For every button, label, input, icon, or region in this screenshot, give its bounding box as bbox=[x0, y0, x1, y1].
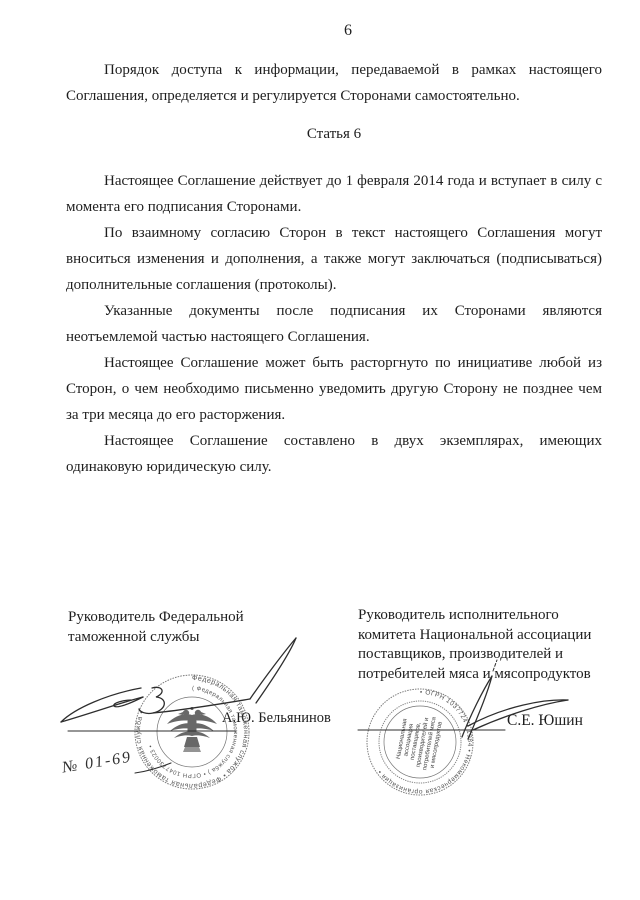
intro-paragraph: Порядок доступа к информации, передаваем… bbox=[66, 57, 602, 109]
paragraph: Указанные документы после подписания их … bbox=[66, 298, 602, 350]
paragraph: Настоящее Соглашение действует до 1 февр… bbox=[66, 168, 602, 220]
text-line: Сторон, о чем необходимо письменно уведо… bbox=[66, 376, 602, 402]
text-line: неотъемлемой частью настоящего Соглашени… bbox=[66, 324, 602, 350]
paragraph: Настоящее Соглашение составлено в двух э… bbox=[66, 428, 602, 480]
text-line: момента его подписания Сторонами. bbox=[66, 194, 602, 220]
text-line: дополнительные соглашения (протоколы). bbox=[66, 272, 602, 298]
signature-ink-strokes bbox=[0, 600, 640, 900]
text-line: за три месяца до его расторжения. bbox=[66, 402, 602, 428]
page-number: 6 bbox=[0, 22, 640, 40]
text-line: Настоящее Соглашение может быть расторгн… bbox=[66, 350, 602, 376]
text-line: По взаимному согласию Сторон в текст нас… bbox=[66, 220, 602, 246]
paragraph: Настоящее Соглашение может быть расторгн… bbox=[66, 350, 602, 428]
text-line: Указанные документы после подписания их … bbox=[66, 298, 602, 324]
article-heading: Статья 6 bbox=[66, 126, 602, 143]
right-signature bbox=[462, 660, 568, 739]
scanned-agreement-page: { "page": { "number": "6" }, "document":… bbox=[0, 0, 640, 900]
text-line: вноситься изменения и дополнения, а такж… bbox=[66, 246, 602, 272]
text-line: одинаковую юридическую силу. bbox=[66, 454, 602, 480]
text-line: Настоящее Соглашение составлено в двух э… bbox=[66, 428, 602, 454]
paragraph: По взаимному согласию Сторон в текст нас… bbox=[66, 220, 602, 298]
text-line: Порядок доступа к информации, передаваем… bbox=[66, 57, 602, 83]
text-line: Соглашения, определяется и регулируется … bbox=[66, 83, 602, 109]
body-text: Настоящее Соглашение действует до 1 февр… bbox=[66, 168, 602, 480]
left-signature bbox=[61, 638, 296, 773]
text-line: Настоящее Соглашение действует до 1 февр… bbox=[66, 168, 602, 194]
